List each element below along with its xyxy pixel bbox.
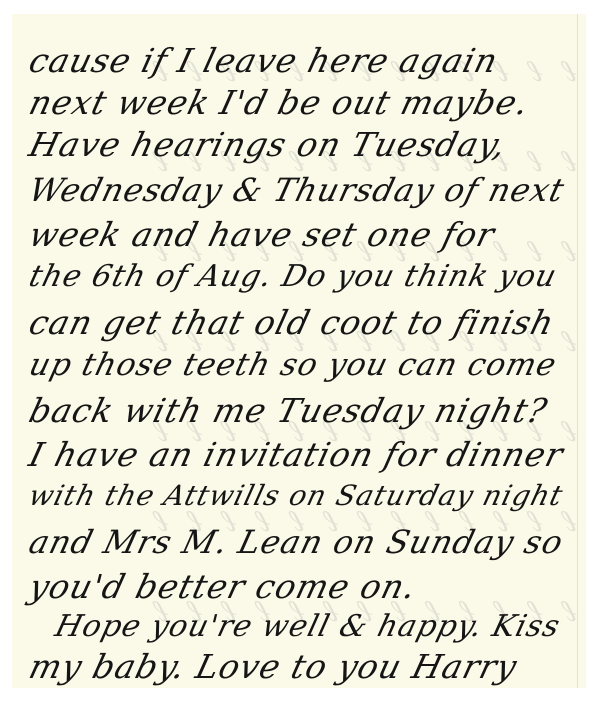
letter-line-3: Have hearings on Tuesday, (26, 128, 510, 161)
letter-line-5: week and have set one for (26, 218, 498, 251)
paper-fold-edge (577, 14, 578, 688)
letter-line-14: Hope you're well & happy. Kiss (52, 612, 563, 642)
letter-page: ℓ ℓ ℓ ℓ ℓ ℓ ℓ ℓ ℓ ℓ ℓ ℓ ℓ ℓ ℓ ℓ ℓ ℓ ℓ ℓ … (12, 14, 586, 688)
letter-line-1: cause if I leave here again (26, 44, 502, 77)
letter-line-15-signature: my baby. Love to you Harry (26, 650, 521, 683)
letter-line-11: with the Attwills on Saturday night (26, 482, 566, 510)
letter-line-6: the 6th of Aug. Do you think you (26, 262, 560, 292)
letter-line-8: up those teeth so you can come (26, 350, 560, 381)
letter-line-9: back with me Tuesday night? (26, 394, 551, 427)
letter-line-7: can get that old coot to finish (26, 306, 558, 339)
letter-line-2: next week I'd be out maybe. (26, 86, 533, 119)
letter-line-10: I have an invitation for dinner (26, 438, 567, 471)
letter-line-4: Wednesday & Thursday of next (26, 174, 568, 206)
letter-line-12: and Mrs M. Lean on Sunday so (26, 526, 567, 558)
letter-line-13: you'd better come on. (26, 570, 420, 603)
